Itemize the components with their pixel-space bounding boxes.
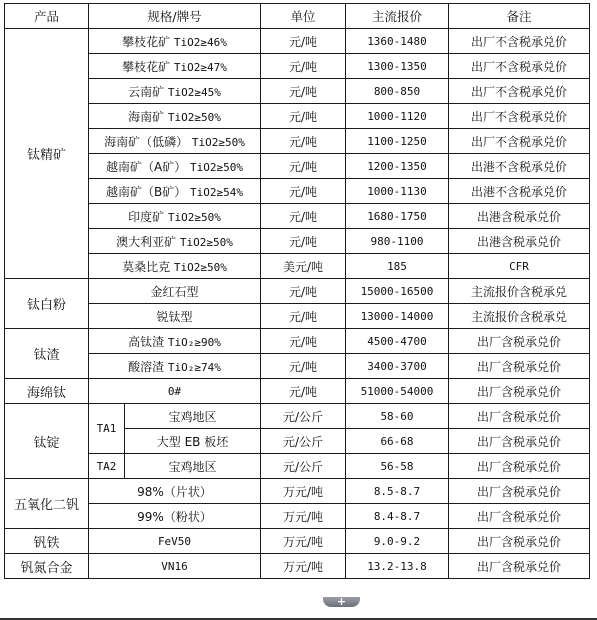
unit-cell: 万元/吨 (261, 479, 346, 504)
spec-cell: 越南矿（B矿） TiO2≥54% (89, 179, 261, 204)
price-cell: 1000-1120 (346, 104, 449, 129)
table-row: TA2 宝鸡地区 元/公斤 56-58 出厂含税承兑价 (5, 454, 590, 479)
note-cell: 出厂含税承兑价 (449, 454, 590, 479)
note-cell: 出厂不含税承兑价 (449, 104, 590, 129)
price-cell: 1300-1350 (346, 54, 449, 79)
table-row: 云南矿 TiO2≥45% 元/吨 800-850 出厂不含税承兑价 (5, 79, 590, 104)
price-table: 产品 规格/牌号 单位 主流报价 备注 钛精矿 攀枝花矿 TiO2≥46% 元/… (4, 3, 590, 579)
price-cell: 8.4-8.7 (346, 504, 449, 529)
unit-cell: 元/吨 (261, 79, 346, 104)
note-cell: 出厂含税承兑价 (449, 429, 590, 454)
table-row: 钒氮合金 VN16 万元/吨 13.2-13.8 出厂含税承兑价 (5, 554, 590, 579)
note-cell: 出厂不含税承兑价 (449, 54, 590, 79)
spec-cell: FeV50 (89, 529, 261, 554)
price-cell: 4500-4700 (346, 329, 449, 354)
product-cell: 五氧化二钒 (5, 479, 89, 529)
unit-cell: 元/公斤 (261, 404, 346, 429)
price-cell: 51000-54000 (346, 379, 449, 404)
unit-cell: 元/吨 (261, 329, 346, 354)
unit-cell: 元/公斤 (261, 454, 346, 479)
unit-cell: 元/吨 (261, 279, 346, 304)
price-cell: 800-850 (346, 79, 449, 104)
unit-cell: 元/吨 (261, 304, 346, 329)
table-row: 越南矿（B矿） TiO2≥54% 元/吨 1000-1130 出港不含税承兑价 (5, 179, 590, 204)
unit-cell: 元/公斤 (261, 429, 346, 454)
note-cell: 出厂不含税承兑价 (449, 29, 590, 54)
note-cell: 出港含税承兑价 (449, 229, 590, 254)
price-cell: 1200-1350 (346, 154, 449, 179)
spec-cell: 大型 EB 板坯 (125, 429, 261, 454)
table-row: 印度矿 TiO2≥50% 元/吨 1680-1750 出港含税承兑价 (5, 204, 590, 229)
spec-cell: 澳大利亚矿 TiO2≥50% (89, 229, 261, 254)
table-header-row: 产品 规格/牌号 单位 主流报价 备注 (5, 4, 590, 29)
price-cell: 185 (346, 254, 449, 279)
product-cell: 钛精矿 (5, 29, 89, 279)
spec-cell: 莫桑比克 TiO2≥50% (89, 254, 261, 279)
note-cell: 主流报价含税承兑 (449, 304, 590, 329)
unit-cell: 美元/吨 (261, 254, 346, 279)
note-cell: 出港不含税承兑价 (449, 154, 590, 179)
table-row: 钛渣 高钛渣 TiO₂≥90% 元/吨 4500-4700 出厂含税承兑价 (5, 329, 590, 354)
price-cell: 1000-1130 (346, 179, 449, 204)
note-cell: 出厂含税承兑价 (449, 404, 590, 429)
price-cell: 1100-1250 (346, 129, 449, 154)
price-cell: 3400-3700 (346, 354, 449, 379)
table-row: 钛精矿 攀枝花矿 TiO2≥46% 元/吨 1360-1480 出厂不含税承兑价 (5, 29, 590, 54)
note-cell: 出厂含税承兑价 (449, 479, 590, 504)
header-spec: 规格/牌号 (89, 4, 261, 29)
spec-cell: 攀枝花矿 TiO2≥47% (89, 54, 261, 79)
price-cell: 13000-14000 (346, 304, 449, 329)
unit-cell: 元/吨 (261, 154, 346, 179)
unit-cell: 万元/吨 (261, 554, 346, 579)
product-cell: 钛渣 (5, 329, 89, 379)
table-row: 五氧化二钒 98%（片状） 万元/吨 8.5-8.7 出厂含税承兑价 (5, 479, 590, 504)
product-cell: 钒氮合金 (5, 554, 89, 579)
product-cell: 海绵钛 (5, 379, 89, 404)
spec-cell: 宝鸡地区 (125, 404, 261, 429)
unit-cell: 元/吨 (261, 104, 346, 129)
spec-cell: VN16 (89, 554, 261, 579)
spec-cell: 99%（粉状） (89, 504, 261, 529)
table-row: 钒铁 FeV50 万元/吨 9.0-9.2 出厂含税承兑价 (5, 529, 590, 554)
note-cell: 出厂含税承兑价 (449, 504, 590, 529)
header-price: 主流报价 (346, 4, 449, 29)
unit-cell: 元/吨 (261, 179, 346, 204)
spec-cell: 98%（片状） (89, 479, 261, 504)
table-row: 莫桑比克 TiO2≥50% 美元/吨 185 CFR (5, 254, 590, 279)
price-cell: 1680-1750 (346, 204, 449, 229)
price-cell: 13.2-13.8 (346, 554, 449, 579)
table-row: 越南矿（A矿） TiO2≥50% 元/吨 1200-1350 出港不含税承兑价 (5, 154, 590, 179)
table-row: 澳大利亚矿 TiO2≥50% 元/吨 980-1100 出港含税承兑价 (5, 229, 590, 254)
table-row: 钛锭 TA1 宝鸡地区 元/公斤 58-60 出厂含税承兑价 (5, 404, 590, 429)
grade-cell: TA1 (89, 404, 125, 454)
note-cell: 出厂不含税承兑价 (449, 129, 590, 154)
spec-cell: 酸溶渣 TiO₂≥74% (89, 354, 261, 379)
spec-cell: 海南矿（低磷） TiO2≥50% (89, 129, 261, 154)
price-cell: 66-68 (346, 429, 449, 454)
plus-icon: + (337, 595, 346, 608)
price-cell: 980-1100 (346, 229, 449, 254)
note-cell: 出港不含税承兑价 (449, 179, 590, 204)
price-cell: 15000-16500 (346, 279, 449, 304)
note-cell: 出厂含税承兑价 (449, 554, 590, 579)
grade-cell: TA2 (89, 454, 125, 479)
unit-cell: 元/吨 (261, 354, 346, 379)
note-cell: 出厂含税承兑价 (449, 329, 590, 354)
header-product: 产品 (5, 4, 89, 29)
unit-cell: 元/吨 (261, 54, 346, 79)
spec-cell: 印度矿 TiO2≥50% (89, 204, 261, 229)
unit-cell: 万元/吨 (261, 504, 346, 529)
spec-cell: 宝鸡地区 (125, 454, 261, 479)
note-cell: 出厂含税承兑价 (449, 529, 590, 554)
note-cell: 主流报价含税承兑 (449, 279, 590, 304)
table-row: 锐钛型 元/吨 13000-14000 主流报价含税承兑 (5, 304, 590, 329)
spec-cell: 0# (89, 379, 261, 404)
product-cell: 钒铁 (5, 529, 89, 554)
note-cell: 出厂含税承兑价 (449, 354, 590, 379)
table-row: 酸溶渣 TiO₂≥74% 元/吨 3400-3700 出厂含税承兑价 (5, 354, 590, 379)
spec-cell: 锐钛型 (89, 304, 261, 329)
price-cell: 56-58 (346, 454, 449, 479)
unit-cell: 元/吨 (261, 29, 346, 54)
table-row: 99%（粉状） 万元/吨 8.4-8.7 出厂含税承兑价 (5, 504, 590, 529)
note-cell: 出港含税承兑价 (449, 204, 590, 229)
note-cell: 出厂不含税承兑价 (449, 79, 590, 104)
unit-cell: 万元/吨 (261, 529, 346, 554)
spec-cell: 越南矿（A矿） TiO2≥50% (89, 154, 261, 179)
price-cell: 9.0-9.2 (346, 529, 449, 554)
product-cell: 钛白粉 (5, 279, 89, 329)
table-row: 海南矿 TiO2≥50% 元/吨 1000-1120 出厂不含税承兑价 (5, 104, 590, 129)
price-cell: 1360-1480 (346, 29, 449, 54)
unit-cell: 元/吨 (261, 229, 346, 254)
spec-cell: 云南矿 TiO2≥45% (89, 79, 261, 104)
price-cell: 58-60 (346, 404, 449, 429)
table-row: 攀枝花矿 TiO2≥47% 元/吨 1300-1350 出厂不含税承兑价 (5, 54, 590, 79)
header-unit: 单位 (261, 4, 346, 29)
spec-cell: 攀枝花矿 TiO2≥46% (89, 29, 261, 54)
note-cell: CFR (449, 254, 590, 279)
product-cell: 钛锭 (5, 404, 89, 479)
note-cell: 出厂含税承兑价 (449, 379, 590, 404)
header-note: 备注 (449, 4, 590, 29)
spec-cell: 海南矿 TiO2≥50% (89, 104, 261, 129)
table-row: 海绵钛 0# 元/吨 51000-54000 出厂含税承兑价 (5, 379, 590, 404)
spec-cell: 高钛渣 TiO₂≥90% (89, 329, 261, 354)
spec-cell: 金红石型 (89, 279, 261, 304)
table-row: 钛白粉 金红石型 元/吨 15000-16500 主流报价含税承兑 (5, 279, 590, 304)
table-row: 海南矿（低磷） TiO2≥50% 元/吨 1100-1250 出厂不含税承兑价 (5, 129, 590, 154)
price-cell: 8.5-8.7 (346, 479, 449, 504)
unit-cell: 元/吨 (261, 129, 346, 154)
expand-button[interactable]: + (323, 597, 360, 607)
unit-cell: 元/吨 (261, 379, 346, 404)
unit-cell: 元/吨 (261, 204, 346, 229)
